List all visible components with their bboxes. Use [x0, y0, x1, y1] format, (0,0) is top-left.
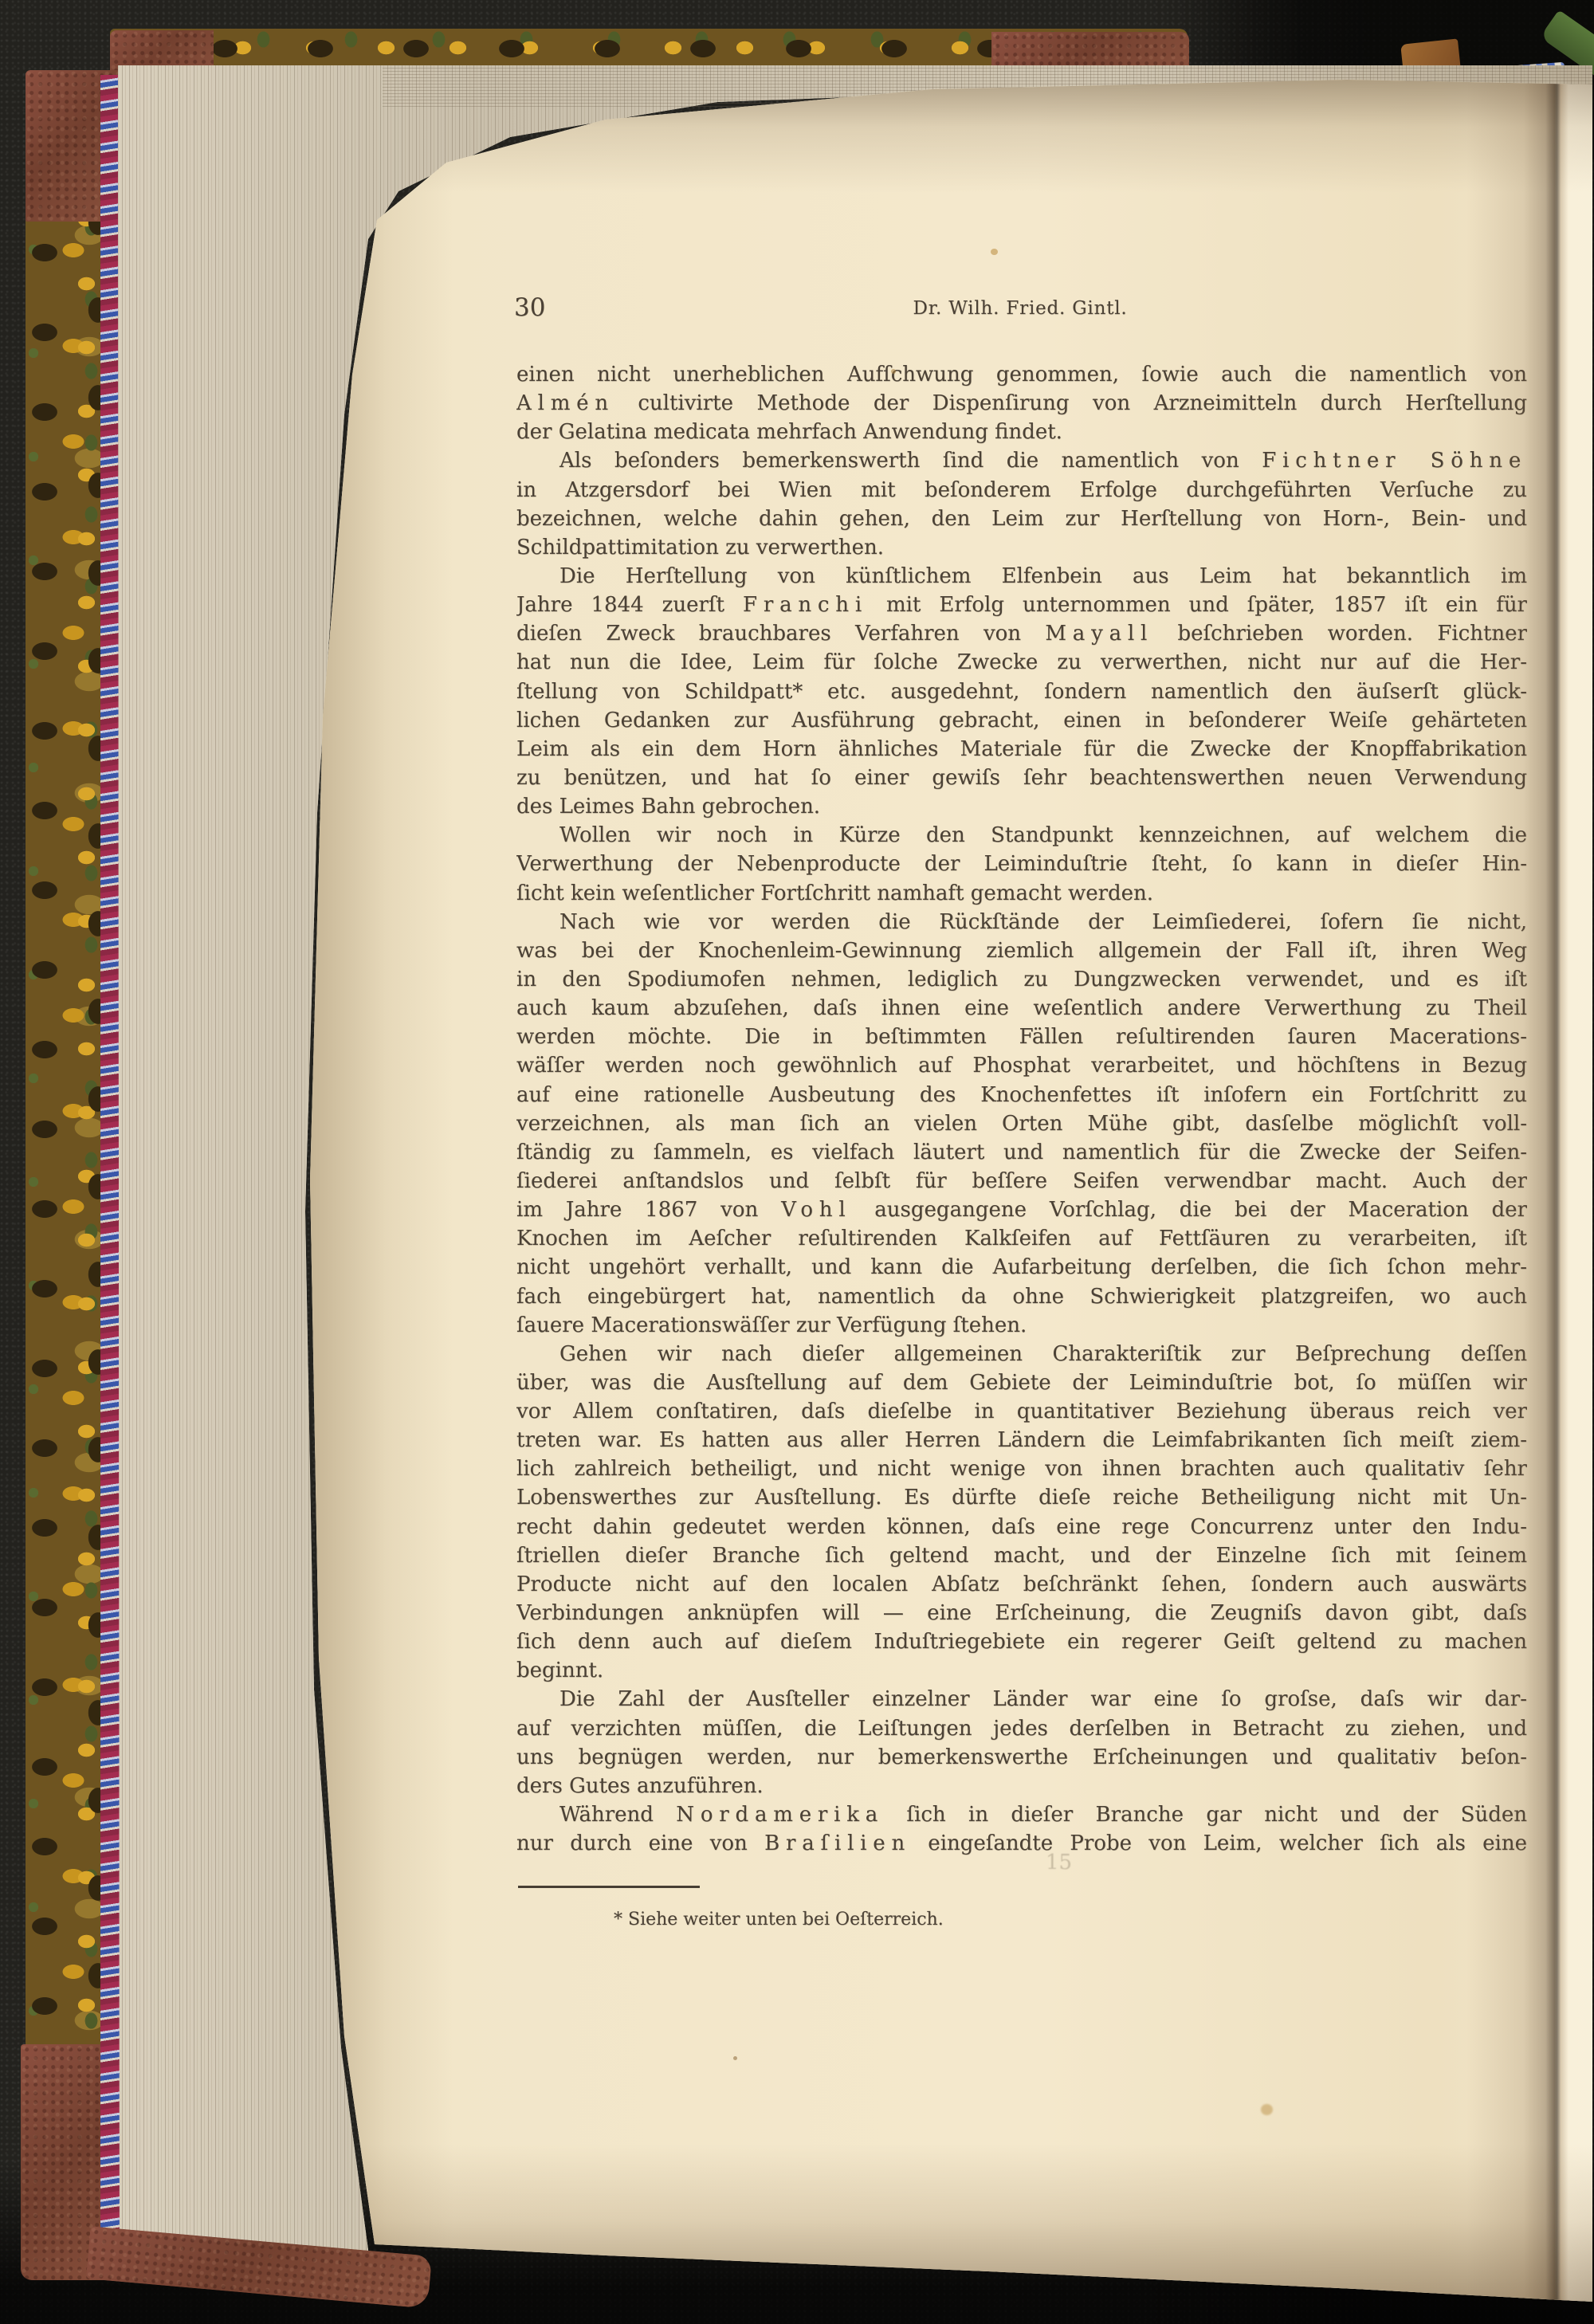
text-line: nur durch eine von Braſilien eingeſandte… [516, 1829, 1527, 1858]
text-line: über, was die Ausſtellung auf dem Gebiet… [516, 1368, 1527, 1397]
text-segment: Während [559, 1803, 676, 1827]
text-line: lich zahlreich betheiligt, und nicht wen… [516, 1454, 1527, 1483]
text-segment: nur durch eine von [516, 1831, 764, 1855]
letterspaced-name: Vohl [781, 1198, 851, 1222]
text-segment: auf eine rationelle Ausbeutung des Knoch… [516, 1083, 1527, 1107]
text-segment: Leim als ein dem Horn ähnliches Material… [516, 737, 1527, 761]
text-segment: verzeichnen, als man ſich an vielen Orte… [516, 1112, 1527, 1136]
text-segment: dieſen Zweck brauchbares Verfahren von [516, 622, 1045, 646]
gutter-shadow [1466, 72, 1594, 2311]
text-segment: einen nicht unerheblichen Aufſchwung gen… [516, 363, 1527, 387]
text-line: Als beſonders bemerkenswerth ſind die na… [516, 446, 1527, 475]
text-line: des Leimes Bahn gebrochen. [516, 792, 1527, 821]
footnote: * Siehe weiter unten bei Oeſterreich. [614, 1910, 944, 1929]
text-line: Almén cultivirte Methode der Dispenſirun… [516, 389, 1527, 418]
text-segment: treten war. Es hatten aus aller Herren L… [516, 1428, 1527, 1452]
text-line: nicht ungehört verhallt, und kann die Au… [516, 1253, 1527, 1282]
text-segment: ſiederei anſtandslos und ſelbſt für beſſ… [516, 1169, 1527, 1193]
text-segment: ſtriellen dieſer Branche ſich geltend ma… [516, 1544, 1527, 1568]
letterspaced-name: Nordamerika [676, 1803, 884, 1827]
text-segment: in den Spodiumofen nehmen, lediglich zu … [516, 968, 1527, 991]
text-line: Verbindungen anknüpfen will — eine Erſch… [516, 1599, 1527, 1627]
text-segment: Die Herſtellung von künſtlichem Elfenbei… [559, 564, 1527, 588]
text-line: auf verzichten müſſen, die Leiſtungen je… [516, 1714, 1527, 1743]
text-line: Wollen wir noch in Kürze den Standpunkt … [516, 821, 1527, 850]
text-segment: eingeſandte Probe von Leim, welcher ſich… [911, 1831, 1527, 1855]
text-line: uns begnügen werden, nur bemerkenswerthe… [516, 1743, 1527, 1772]
text-line: Während Nordamerika ſich in dieſer Branc… [516, 1800, 1527, 1829]
text-segment: mit Erfolg unternommen und ſpäter, 1857 … [868, 593, 1527, 617]
text-segment: cultivirte Methode der Dispenſirung von … [614, 391, 1527, 415]
text-line: fach eingebürgert hat, namentlich da ohn… [516, 1282, 1527, 1311]
footnote-rule [518, 1886, 700, 1888]
text-segment: Wollen wir noch in Kürze den Standpunkt … [559, 823, 1527, 847]
text-segment: beginnt. [516, 1659, 603, 1682]
text-line: Jahre 1844 zuerſt Franchi mit Erfolg unt… [516, 591, 1527, 619]
text-line: Producte nicht auf den localen Abſatz be… [516, 1570, 1527, 1599]
text-line: was bei der Knochenleim-Gewinnung ziemli… [516, 936, 1527, 965]
text-line: hat nun die Idee, Leim für ſolche Zwecke… [516, 648, 1527, 677]
text-line: in Atzgersdorf bei Wien mit beſonderem E… [516, 476, 1527, 504]
text-line: Nach wie vor werden die Rückſtände der L… [516, 908, 1527, 936]
text-segment: ſtändig zu ſammeln, es vielfach läutert … [516, 1140, 1527, 1164]
text-block: einen nicht unerheblichen Aufſchwung gen… [516, 360, 1527, 1858]
text-line: treten war. Es hatten aus aller Herren L… [516, 1426, 1527, 1454]
text-segment: Gehen wir nach dieſer allgemeinen Charak… [559, 1342, 1527, 1366]
running-header: Dr. Wilh. Fried. Gintl. [797, 298, 1243, 319]
text-segment: wäſſer werden noch gewöhnlich auf Phosph… [516, 1054, 1527, 1078]
text-line: Schildpattimitation zu verwerthen. [516, 533, 1527, 562]
text-line: ders Gutes anzuführen. [516, 1772, 1527, 1800]
text-segment: ſich in dieſer Branche gar nicht und der… [884, 1803, 1527, 1827]
text-segment: Verbindungen anknüpfen will — eine Erſch… [516, 1601, 1527, 1625]
text-segment: des Leimes Bahn gebrochen. [516, 795, 820, 819]
text-line: im Jahre 1867 von Vohl ausgegangene Vorſ… [516, 1195, 1527, 1224]
text-segment: bezeichnen, welche dahin gehen, den Leim… [516, 507, 1527, 531]
text-segment: Die Zahl der Ausſteller einzelner Länder… [559, 1687, 1527, 1711]
text-segment: im Jahre 1867 von [516, 1198, 781, 1222]
text-line: Leim als ein dem Horn ähnliches Material… [516, 735, 1527, 764]
text-line: beginnt. [516, 1656, 1527, 1685]
text-segment: auf verzichten müſſen, die Leiſtungen je… [516, 1717, 1527, 1741]
letterspaced-name: Mayall [1045, 622, 1153, 646]
text-line: Die Zahl der Ausſteller einzelner Länder… [516, 1685, 1527, 1714]
text-line: der Gelatina medicata mehrfach Anwendung… [516, 418, 1527, 446]
text-line: einen nicht unerheblichen Aufſchwung gen… [516, 360, 1527, 389]
text-line: lichen Gedanken zur Ausführung gebracht,… [516, 706, 1527, 735]
text-segment: Nach wie vor werden die Rückſtände der L… [559, 910, 1527, 934]
text-segment: ſauere Macerationswäſſer zur Verfügung ſ… [516, 1313, 1027, 1337]
showthrough-mark: 15 [1046, 1851, 1072, 1875]
text-line: dieſen Zweck brauchbares Verfahren von M… [516, 619, 1527, 648]
text-line: vor Allem conſtatiren, daſs dieſelbe in … [516, 1397, 1527, 1426]
text-segment: vor Allem conſtatiren, daſs dieſelbe in … [516, 1400, 1527, 1423]
text-segment: ſicht kein weſentlicher Fortſchritt namh… [516, 881, 1153, 905]
letterspaced-name: Franchi [743, 593, 868, 617]
text-line: ſicht kein weſentlicher Fortſchritt namh… [516, 879, 1527, 908]
foxing-speck [991, 249, 998, 255]
text-segment: Als beſonders bemerkenswerth ſind die na… [559, 449, 1262, 473]
text-line: Die Herſtellung von künſtlichem Elfenbei… [516, 562, 1527, 591]
text-segment: ſich denn auch auf dieſem Induſtriegebie… [516, 1630, 1527, 1654]
text-line: auch kaum abzuſehen, daſs ihnen eine weſ… [516, 994, 1527, 1023]
text-segment: werden möchte. Die in beſtimmten Fällen … [516, 1025, 1527, 1049]
text-segment: Lobenswerthes zur Ausſtellung. Es dürfte… [516, 1486, 1527, 1509]
text-segment: lich zahlreich betheiligt, und nicht wen… [516, 1457, 1527, 1481]
text-segment: uns begnügen werden, nur bemerkenswerthe… [516, 1745, 1527, 1769]
text-line: Verwerthung der Nebenproducte der Leimin… [516, 850, 1527, 878]
scanned-book-photo: { "document": { "type": "scanned-book-pa… [0, 0, 1594, 2324]
text-segment: Producte nicht auf den localen Abſatz be… [516, 1572, 1527, 1596]
text-line: ſtändig zu ſammeln, es vielfach läutert … [516, 1138, 1527, 1167]
letterspaced-name: Braſilien [764, 1831, 911, 1855]
text-line: ſtellung von Schildpatt* etc. ausgedehnt… [516, 677, 1527, 706]
text-segment: ausgegangene Vorſchlag, die bei der Mace… [851, 1198, 1527, 1222]
page-number: 30 [514, 293, 545, 322]
text-segment: was bei der Knochenleim-Gewinnung ziemli… [516, 939, 1527, 963]
text-line: ſauere Macerationswäſſer zur Verfügung ſ… [516, 1311, 1527, 1340]
text-line: Knochen im Aeſcher reſultirenden Kalkſei… [516, 1224, 1527, 1253]
text-line: Gehen wir nach dieſer allgemeinen Charak… [516, 1340, 1527, 1368]
text-line: in den Spodiumofen nehmen, lediglich zu … [516, 965, 1527, 994]
text-segment: recht dahin gedeutet werden können, daſs… [516, 1515, 1527, 1539]
foxing-speck [733, 2056, 737, 2060]
text-segment: in Atzgersdorf bei Wien mit beſonderem E… [516, 478, 1527, 502]
text-line: ſich denn auch auf dieſem Induſtriegebie… [516, 1627, 1527, 1656]
foxing-speck [1261, 2104, 1273, 2115]
text-segment: über, was die Ausſtellung auf dem Gebiet… [516, 1371, 1527, 1395]
text-segment: Knochen im Aeſcher reſultirenden Kalkſei… [516, 1227, 1527, 1250]
text-line: zu benützen, und hat ſo einer gewiſs ſeh… [516, 764, 1527, 792]
text-line: wäſſer werden noch gewöhnlich auf Phosph… [516, 1051, 1527, 1080]
text-segment: nicht ungehört verhallt, und kann die Au… [516, 1255, 1527, 1279]
foxing-speck [891, 369, 896, 374]
text-line: werden möchte. Die in beſtimmten Fällen … [516, 1023, 1527, 1051]
text-line: bezeichnen, welche dahin gehen, den Leim… [516, 504, 1527, 533]
text-line: recht dahin gedeutet werden können, daſs… [516, 1513, 1527, 1541]
text-segment: ſtellung von Schildpatt* etc. ausgedehnt… [516, 680, 1527, 704]
text-segment: auch kaum abzuſehen, daſs ihnen eine weſ… [516, 996, 1527, 1020]
text-segment: hat nun die Idee, Leim für ſolche Zwecke… [516, 650, 1527, 674]
text-line: ſiederei anſtandslos und ſelbſt für beſſ… [516, 1167, 1527, 1195]
letterspaced-name: Almén [516, 391, 614, 415]
text-segment: ders Gutes anzuführen. [516, 1774, 764, 1798]
text-segment: Verwerthung der Nebenproducte der Leimin… [516, 852, 1527, 876]
text-segment: der Gelatina medicata mehrfach Anwendung… [516, 420, 1062, 444]
text-segment: Jahre 1844 zuerſt [516, 593, 743, 617]
text-line: auf eine rationelle Ausbeutung des Knoch… [516, 1081, 1527, 1109]
text-segment: zu benützen, und hat ſo einer gewiſs ſeh… [516, 766, 1527, 790]
text-segment: lichen Gedanken zur Ausführung gebracht,… [516, 709, 1527, 732]
text-line: ſtriellen dieſer Branche ſich geltend ma… [516, 1541, 1527, 1570]
text-line: verzeichnen, als man ſich an vielen Orte… [516, 1109, 1527, 1138]
text-segment: fach eingebürgert hat, namentlich da ohn… [516, 1285, 1527, 1309]
text-segment: Schildpattimitation zu verwerthen. [516, 536, 884, 559]
text-line: Lobenswerthes zur Ausſtellung. Es dürfte… [516, 1483, 1527, 1512]
